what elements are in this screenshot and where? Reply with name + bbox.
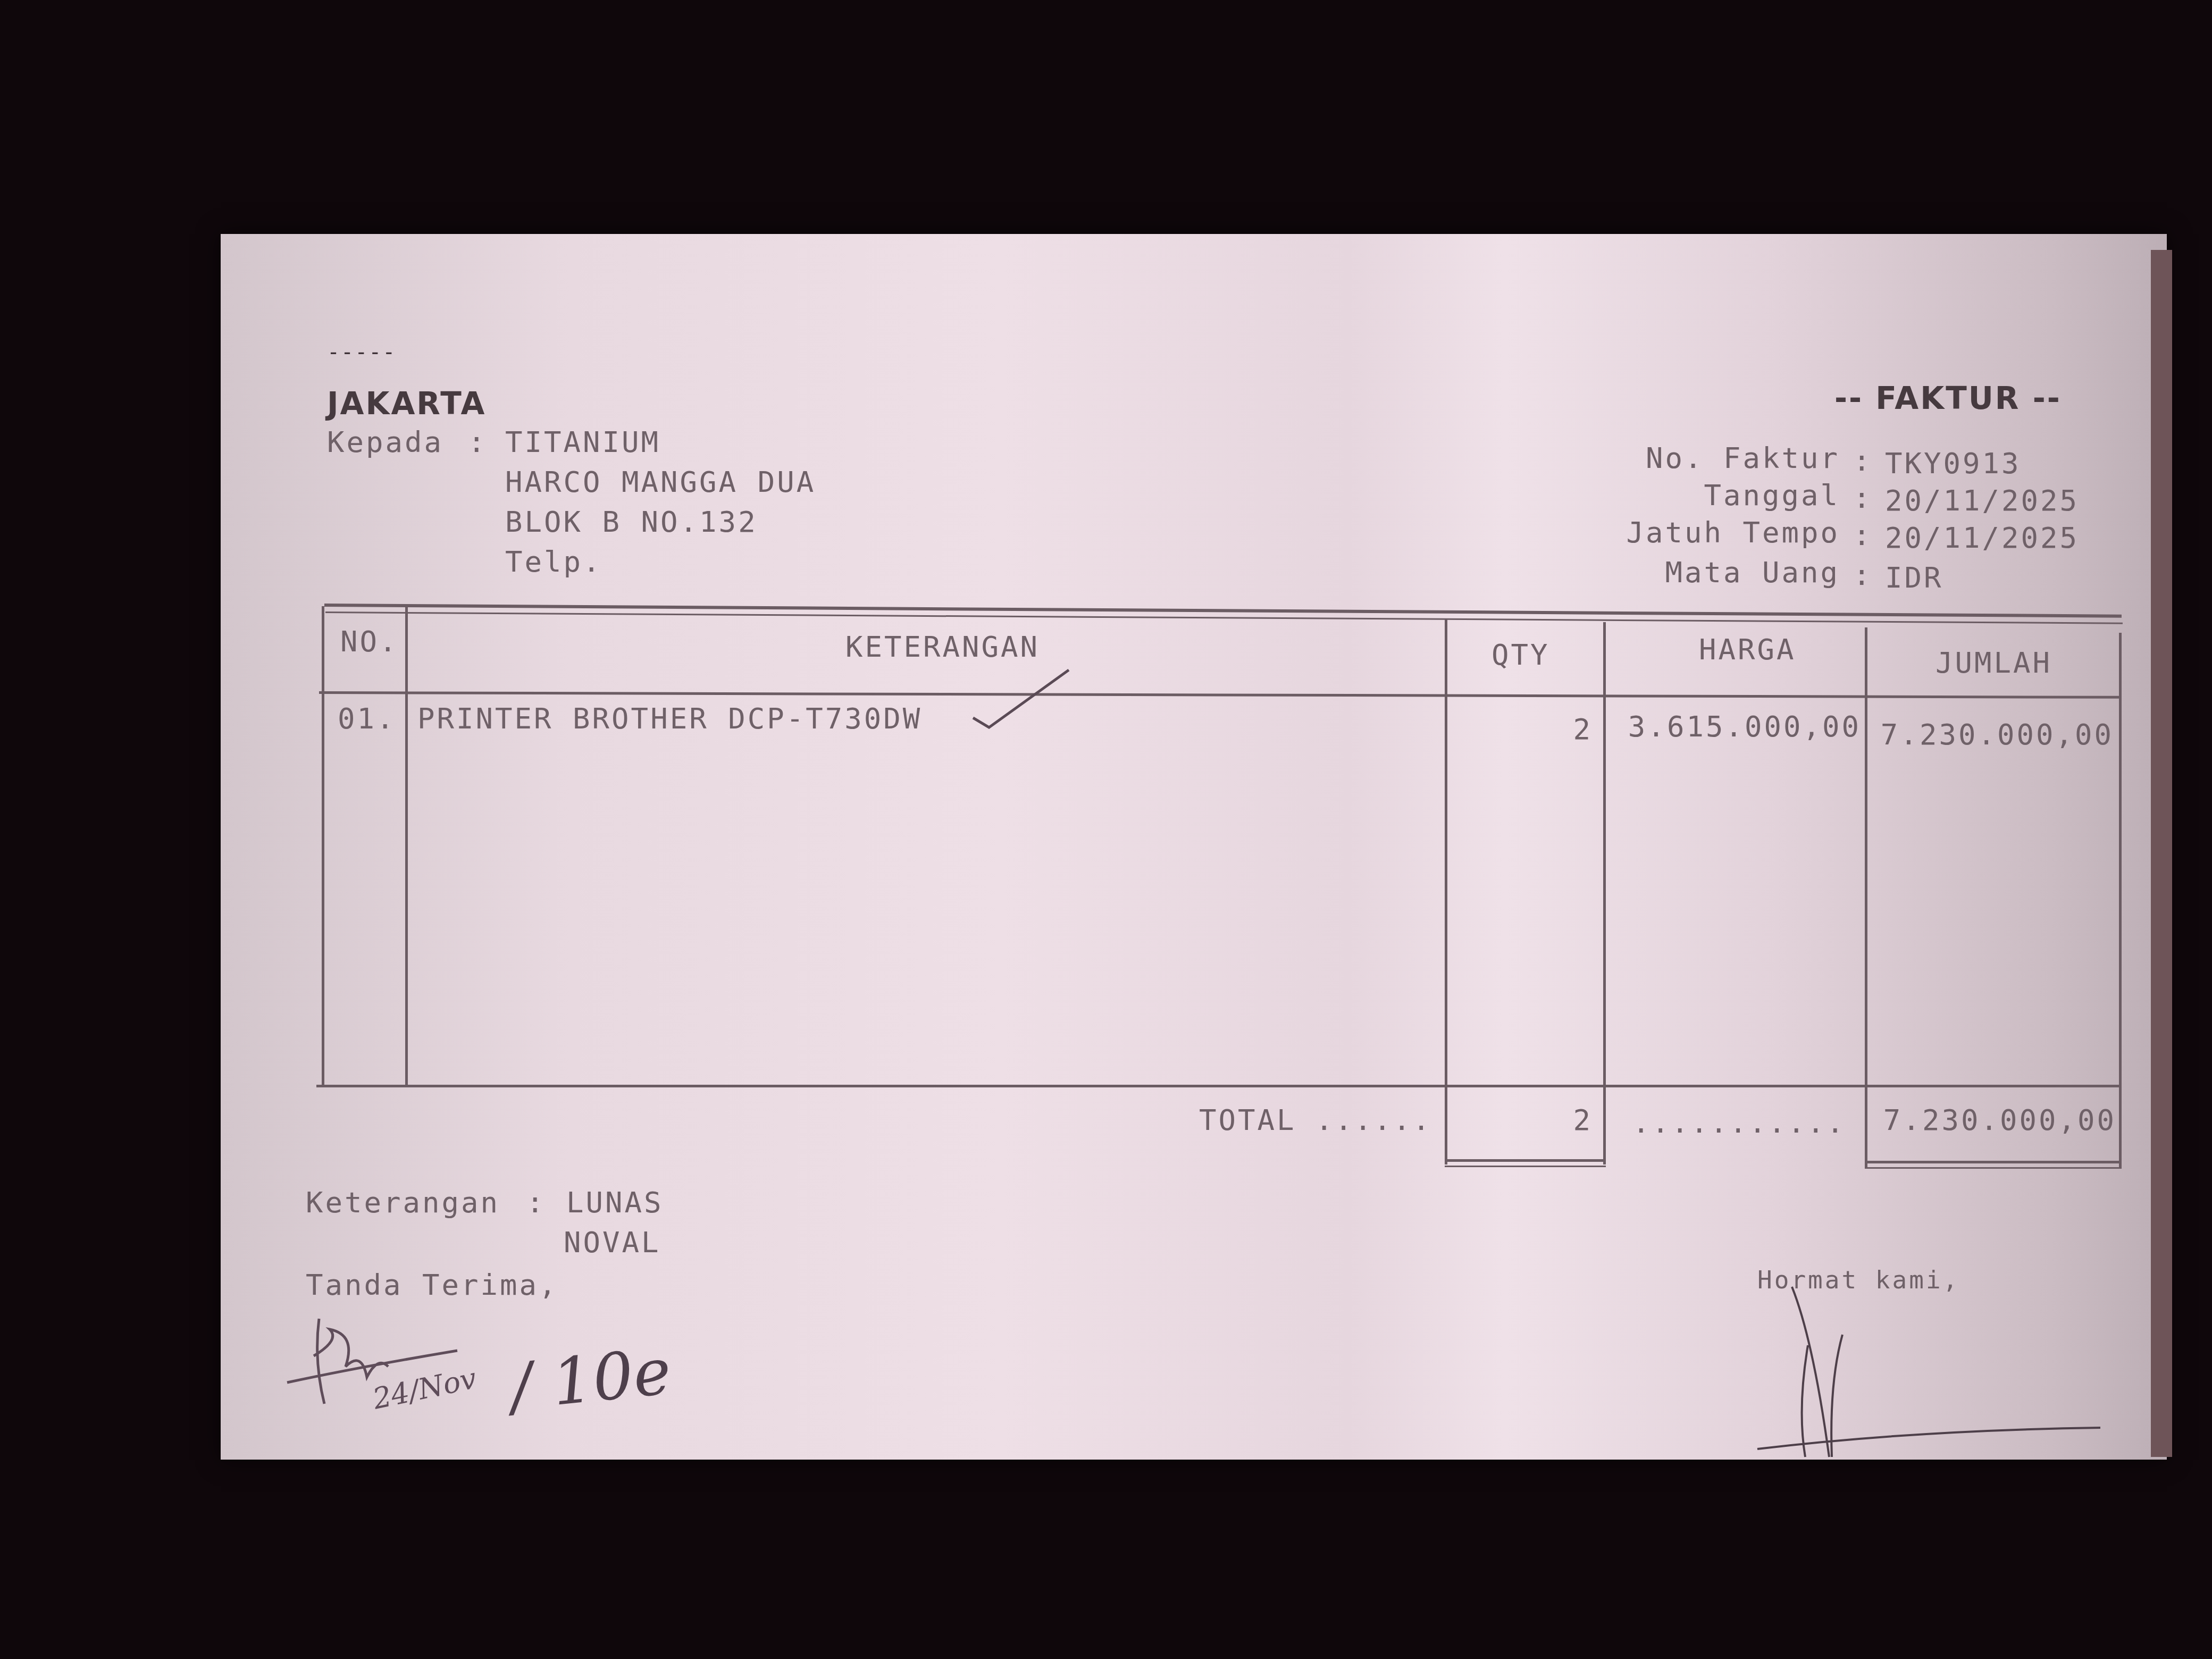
note-value-2: NOVAL: [564, 1226, 661, 1259]
row-qty: 2: [1446, 713, 1593, 746]
total-filler: ...........: [1632, 1106, 1846, 1139]
total-qty-box-bottom-inner: [1445, 1166, 1606, 1167]
meta-value-date: 20/11/2025: [1885, 484, 2079, 517]
meta-value-invoice-no: TKY0913: [1885, 447, 2021, 480]
meta-label-invoice-no: No. Faktur: [1542, 441, 1840, 475]
meta-sep: :: [1853, 444, 1873, 477]
recipient-label: Kepada: [327, 425, 443, 459]
header-qty: QTY: [1492, 638, 1550, 672]
header-description: KETERANGAN: [845, 630, 1040, 664]
col-divider-price: [1865, 627, 1867, 1167]
row-description: PRINTER BROTHER DCP-T730DW: [417, 702, 922, 735]
header-dashes: -----: [327, 340, 396, 365]
paper-shadow-edge: [2151, 250, 2172, 1457]
recipient-phone: Telp.: [505, 545, 602, 579]
checkmark-icon: [968, 665, 1074, 734]
total-qty-box-bottom: [1445, 1159, 1606, 1162]
recipient-address-2: BLOK B NO.132: [505, 505, 758, 539]
note-sep: :: [526, 1186, 546, 1219]
total-amount: 7.230.000,00: [1869, 1103, 2116, 1137]
col-divider-qty: [1603, 622, 1606, 1164]
col-divider-desc: [1445, 619, 1447, 1164]
row-amount: 7.230.000,00: [1869, 718, 2114, 751]
total-amount-box-bottom: [1865, 1161, 2122, 1163]
seller-city: JAKARTA: [327, 386, 486, 422]
total-label: TOTAL ......: [1199, 1103, 1432, 1137]
meta-sep: :: [1853, 518, 1873, 552]
receiver-label: Tanda Terima,: [306, 1268, 558, 1302]
recipient-name: TITANIUM: [505, 425, 660, 459]
header-price: HARGA: [1699, 633, 1796, 666]
total-amount-box-bottom-inner: [1865, 1167, 2122, 1169]
row-no: 01.: [338, 702, 396, 735]
note-value-1: LUNAS: [566, 1186, 664, 1219]
meta-label-currency: Mata Uang: [1542, 556, 1840, 589]
total-qty: 2: [1446, 1103, 1593, 1137]
recipient-sep: :: [468, 425, 488, 459]
meta-sep: :: [1853, 481, 1873, 515]
header-no: NO.: [340, 625, 399, 658]
row-price: 3.615.000,00: [1606, 710, 1861, 743]
meta-label-date: Tanggal: [1542, 479, 1840, 512]
table-bottom-border: [316, 1085, 2122, 1087]
recipient-address-1: HARCO MANGGA DUA: [505, 465, 816, 499]
table-right-border: [2119, 633, 2122, 1167]
invoice-title: -- FAKTUR --: [1834, 380, 2062, 416]
table-left-border: [322, 606, 324, 1086]
col-divider-no: [405, 607, 408, 1086]
meta-sep: :: [1853, 558, 1873, 592]
meta-label-due-date: Jatuh Tempo: [1542, 516, 1840, 549]
header-amount: JUMLAH: [1935, 646, 2052, 680]
meta-value-due-date: 20/11/2025: [1885, 521, 2079, 555]
note-label: Keterangan: [306, 1186, 500, 1219]
meta-value-currency: IDR: [1885, 561, 1943, 594]
sender-signature-icon: [1755, 1276, 2127, 1468]
